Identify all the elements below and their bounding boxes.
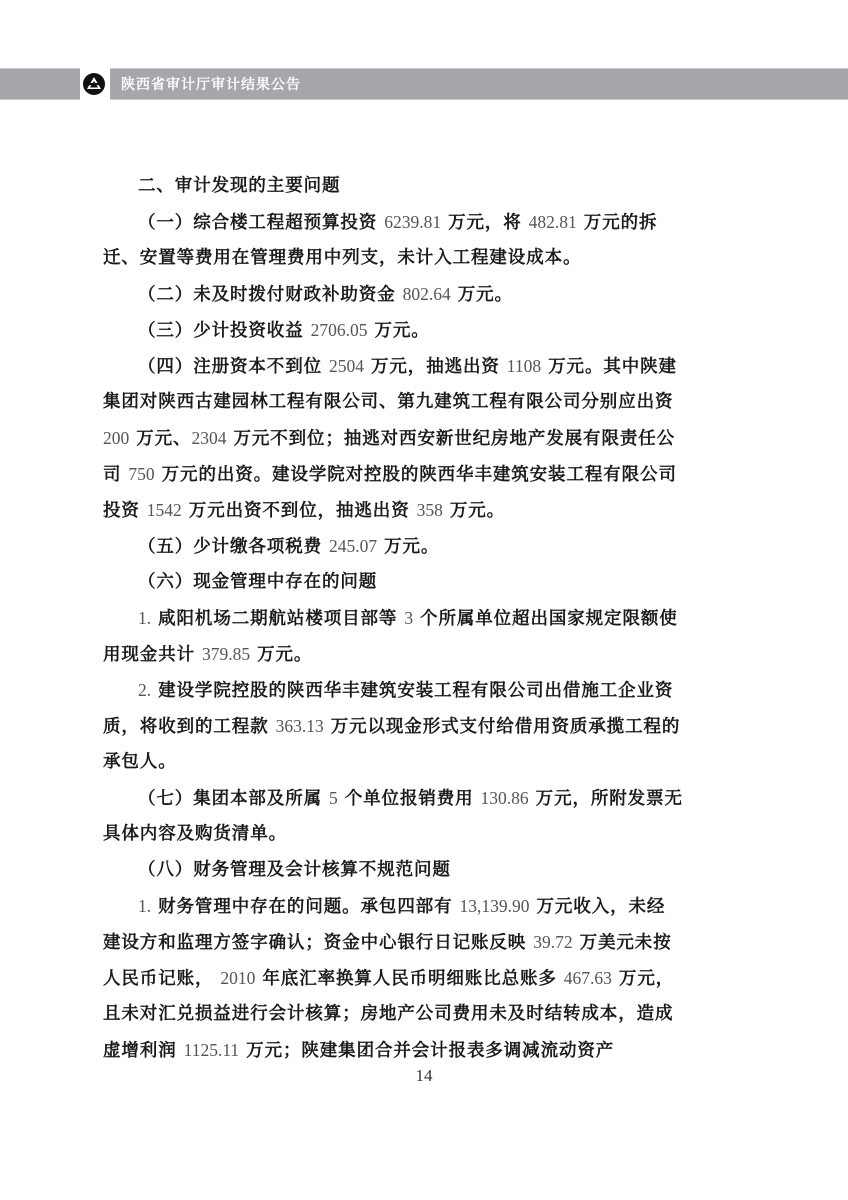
text-line: （五）少计缴各项税费 245.07 万元。 <box>103 528 669 564</box>
audit-emblem-icon <box>82 72 106 96</box>
amount-value: 39.72 <box>533 932 572 952</box>
text-segment: 承包人。 <box>103 752 177 772</box>
text-line: 且未对汇兑损益进行会计核算；房地产公司费用未及时结转成本，造成 <box>103 996 669 1032</box>
text-segment: 万元出资不到位，抽逃出资 <box>182 501 417 521</box>
text-segment: 万元的出资。建设学院对控股的陕西华丰建筑安装工程有限公司 <box>155 465 677 485</box>
amount-value: 1. <box>138 896 151 916</box>
text-line: 集团对陕西古建园林工程有限公司、第九建筑工程有限公司分别应出资 <box>103 384 669 420</box>
text-line: 2. 建设学院控股的陕西华丰建筑安装工程有限公司出借施工企业资 <box>103 672 669 708</box>
text-segment: 万元， <box>612 969 674 989</box>
text-segment: 万元。 <box>443 501 505 521</box>
text-line: （八）财务管理及会计核算不规范问题 <box>103 852 669 888</box>
text-segment: 个所属单位超出国家规定限额使 <box>413 609 678 629</box>
text-segment: 万元。其中陕建 <box>541 357 677 377</box>
amount-value: 379.85 <box>202 644 250 664</box>
text-line: 虚增利润 1125.11 万元；陕建集团合并会计报表多调减流动资产 <box>103 1032 669 1068</box>
text-segment: 万元收入，未经 <box>530 897 666 917</box>
text-line: 司 750 万元的出资。建设学院对控股的陕西华丰建筑安装工程有限公司 <box>103 456 669 492</box>
text-line: 用现金共计 379.85 万元。 <box>103 636 669 672</box>
text-segment: 迁、安置等费用在管理费用中列支，未计入工程建设成本。 <box>103 248 581 268</box>
text-segment: 万元不到位；抽逃对西安新世纪房地产发展有限责任公 <box>226 429 675 449</box>
text-segment: （三）少计投资收益 <box>138 321 311 341</box>
text-segment: 个单位报销费用 <box>338 789 481 809</box>
header-title: 陕西省审计厅审计结果公告 <box>121 74 301 94</box>
text-segment: 万元。 <box>377 537 439 557</box>
text-line: 具体内容及购货清单。 <box>103 816 669 852</box>
text-line: 投资 1542 万元出资不到位，抽逃出资 358 万元。 <box>103 492 669 528</box>
text-line: （二）未及时拨付财政补助资金 802.64 万元。 <box>103 276 669 312</box>
text-segment: 万美元未按 <box>573 933 672 953</box>
text-line: 1. 咸阳机场二期航站楼项目部等 3 个所属单位超出国家规定限额使 <box>103 600 669 636</box>
amount-value: 5 <box>329 788 338 808</box>
text-segment: 用现金共计 <box>103 645 202 665</box>
text-segment: 且未对汇兑损益进行会计核算；房地产公司费用未及时结转成本，造成 <box>103 1004 673 1024</box>
text-segment: 万元的拆 <box>577 213 658 233</box>
text-segment: 投资 <box>103 501 147 521</box>
text-segment: 虚增利润 <box>103 1041 184 1061</box>
text-line: （七）集团本部及所属 5 个单位报销费用 130.86 万元，所附发票无 <box>103 780 669 816</box>
section-heading: 二、审计发现的主要问题 <box>103 168 669 204</box>
text-segment: 建设学院控股的陕西华丰建筑安装工程有限公司出借施工企业资 <box>151 681 673 701</box>
text-line: 200 万元、2304 万元不到位；抽逃对西安新世纪房地产发展有限责任公 <box>103 420 669 456</box>
text-line: （四）注册资本不到位 2504 万元，抽逃出资 1108 万元。其中陕建 <box>103 348 669 384</box>
text-segment: 质，将收到的工程款 <box>103 717 276 737</box>
amount-value: 2706.05 <box>311 320 368 340</box>
text-segment: 财务管理中存在的问题。承包四部有 <box>151 897 459 917</box>
text-segment: 咸阳机场二期航站楼项目部等 <box>151 609 404 629</box>
amount-value: 1542 <box>147 500 182 520</box>
text-segment: 万元，抽逃出资 <box>364 357 507 377</box>
text-segment: 万元以现金形式支付给借用资质承揽工程的 <box>324 717 681 737</box>
amount-value: 3 <box>404 608 413 628</box>
amount-value: 2010 <box>220 968 255 988</box>
text-segment: 具体内容及购货清单。 <box>103 824 287 844</box>
text-segment: 万元、 <box>129 429 191 449</box>
amount-value: 6239.81 <box>384 212 441 232</box>
amount-value: 750 <box>128 464 154 484</box>
text-line: 承包人。 <box>103 744 669 780</box>
text-line: （六）现金管理中存在的问题 <box>103 564 669 600</box>
amount-value: 200 <box>103 428 129 448</box>
amount-value: 802.64 <box>403 284 451 304</box>
text-line: 建设方和监理方签字确认；资金中心银行日记账反映 39.72 万美元未按 <box>103 924 669 960</box>
amount-value: 2. <box>138 680 151 700</box>
text-segment: 万元。 <box>451 285 513 305</box>
text-segment: （一）综合楼工程超预算投资 <box>138 213 384 233</box>
amount-value: 130.86 <box>481 788 529 808</box>
text-segment: 集团对陕西古建园林工程有限公司、第九建筑工程有限公司分别应出资 <box>103 392 673 412</box>
text-segment: （六）现金管理中存在的问题 <box>138 572 377 592</box>
text-segment: 万元，将 <box>441 213 529 233</box>
amount-value: 363.13 <box>276 716 324 736</box>
amount-value: 245.07 <box>329 536 377 556</box>
text-segment: （四）注册资本不到位 <box>138 357 329 377</box>
page-number: 14 <box>0 1066 848 1086</box>
amount-value: 2504 <box>329 356 364 376</box>
document-body: 二、审计发现的主要问题（一）综合楼工程超预算投资 6239.81 万元，将 48… <box>103 168 669 1068</box>
text-segment: 人民币记账， <box>103 969 220 989</box>
amount-value: 1108 <box>507 356 541 376</box>
text-segment: （二）未及时拨付财政补助资金 <box>138 285 403 305</box>
text-line: 迁、安置等费用在管理费用中列支，未计入工程建设成本。 <box>103 240 669 276</box>
text-segment: 司 <box>103 465 128 485</box>
text-segment: （五）少计缴各项税费 <box>138 537 329 557</box>
text-segment: 万元，所附发票无 <box>529 789 683 809</box>
text-segment: 建设方和监理方签字确认；资金中心银行日记账反映 <box>103 933 533 953</box>
text-segment: （七）集团本部及所属 <box>138 789 329 809</box>
text-segment: 二、审计发现的主要问题 <box>138 176 340 196</box>
text-segment: 万元。 <box>250 645 312 665</box>
text-line: 1. 财务管理中存在的问题。承包四部有 13,139.90 万元收入，未经 <box>103 888 669 924</box>
amount-value: 13,139.90 <box>460 896 530 916</box>
text-line: （一）综合楼工程超预算投资 6239.81 万元，将 482.81 万元的拆 <box>103 204 669 240</box>
text-segment: （八）财务管理及会计核算不规范问题 <box>138 860 451 880</box>
amount-value: 467.63 <box>564 968 612 988</box>
text-segment: 万元；陕建集团合并会计报表多调减流动资产 <box>239 1041 614 1061</box>
text-line: （三）少计投资收益 2706.05 万元。 <box>103 312 669 348</box>
amount-value: 482.81 <box>529 212 577 232</box>
text-line: 人民币记账， 2010 年底汇率换算人民币明细账比总账多 467.63 万元， <box>103 960 669 996</box>
amount-value: 358 <box>417 500 443 520</box>
amount-value: 2304 <box>191 428 226 448</box>
text-segment: 年底汇率换算人民币明细账比总账多 <box>255 969 563 989</box>
amount-value: 1. <box>138 608 151 628</box>
amount-value: 1125.11 <box>184 1040 240 1060</box>
text-segment: 万元。 <box>367 321 429 341</box>
text-line: 质，将收到的工程款 363.13 万元以现金形式支付给借用资质承揽工程的 <box>103 708 669 744</box>
